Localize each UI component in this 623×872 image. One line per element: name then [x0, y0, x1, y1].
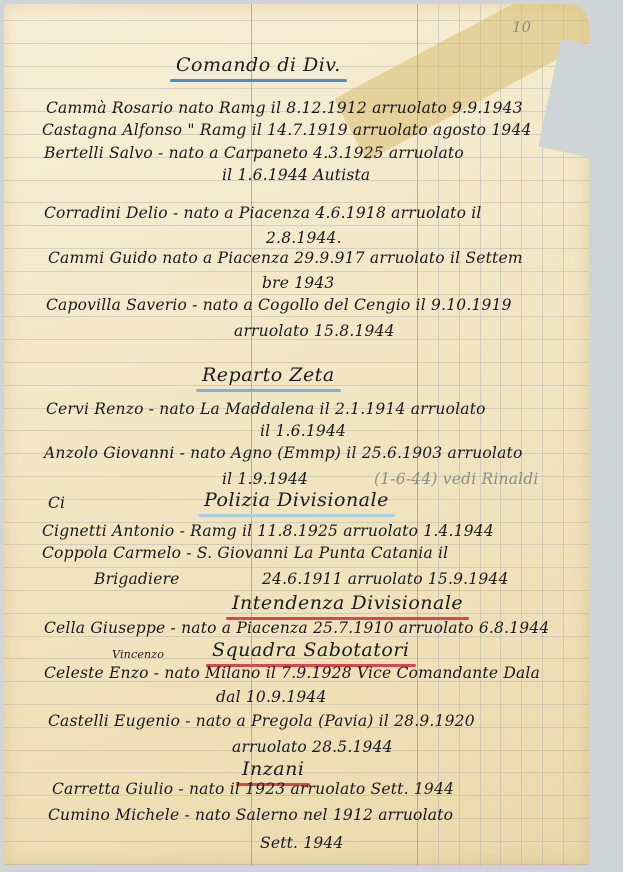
entry-line: il 1.6.1944	[260, 422, 346, 440]
ruled-line	[4, 864, 589, 865]
entry-line: Sett. 1944	[260, 834, 344, 852]
section-heading-inzani: Inzani	[242, 758, 304, 780]
entry-line: 2.8.1944.	[266, 229, 342, 247]
entry-line: bre 1943	[262, 274, 334, 292]
ruled-line	[4, 271, 589, 272]
ruled-line	[4, 294, 589, 295]
entry-line: Cammà Rosario nato Ramg il 8.12.1912 arr…	[46, 99, 523, 117]
entry-line: il 1.9.1944	[222, 470, 308, 488]
section-heading-comando: Comando di Div.	[176, 54, 341, 76]
heading-text: Reparto Zeta	[202, 364, 335, 386]
ruled-line	[4, 362, 589, 363]
entry-line: Castagna Alfonso " Ramg il 14.7.1919 arr…	[42, 121, 532, 139]
ruled-line	[4, 567, 589, 568]
section-heading-polizia: Polizia Divisionale	[204, 489, 389, 511]
entry-line: Cervi Renzo - nato La Maddalena il 2.1.1…	[46, 400, 486, 418]
heading-text: Intendenza Divisionale	[232, 592, 463, 614]
margin-note: Brigadiere	[94, 570, 180, 588]
entry-line: arruolato 15.8.1944	[234, 322, 395, 340]
entry-line: Corradini Delio - nato a Piacenza 4.6.19…	[44, 204, 482, 222]
entry-line: il 1.6.1944 Autista	[222, 166, 370, 184]
entry-line: Anzolo Giovanni - nato Agno (Emmp) il 25…	[44, 444, 522, 462]
entry-line: Cumino Michele - nato Salerno nel 1912 a…	[48, 806, 453, 824]
entry-line: Cignetti Antonio - Ramg il 11.8.1925 arr…	[42, 522, 494, 540]
ledger-page: 10 Comando di Div. Cammà Rosario nato Ra…	[4, 4, 589, 866]
section-heading-intendenza: Intendenza Divisionale	[232, 592, 463, 614]
ruled-line	[4, 316, 589, 317]
entry-line: Cammi Guido nato a Piacenza 29.9.917 arr…	[48, 249, 523, 267]
ruled-line	[4, 225, 589, 226]
entry-line: Capovilla Saverio - nato a Cogollo del C…	[46, 296, 512, 314]
ruled-line	[4, 590, 589, 591]
heading-text: Inzani	[242, 758, 304, 780]
section-prefix: Ci	[48, 494, 65, 512]
page-number: 10	[512, 18, 531, 36]
heading-text: Comando di Div.	[176, 54, 341, 76]
heading-underline	[196, 389, 341, 392]
entry-line: Carretta Giulio - nato il 1923 arruolato…	[52, 780, 454, 798]
heading-text: Squadra Sabotatori	[212, 639, 410, 661]
entry-line: Cella Giuseppe - nato a Piacenza 25.7.19…	[44, 619, 549, 637]
heading-underline	[198, 514, 395, 517]
entry-line: 24.6.1911 arruolato 15.9.1944	[262, 570, 509, 588]
grid-line	[563, 4, 564, 866]
heading-underline	[170, 79, 347, 82]
superscript-note: Vincenzo	[112, 648, 164, 661]
entry-line: dal 10.9.1944	[216, 688, 327, 706]
entry-line: Celeste Enzo - nato Milano il 7.9.1928 V…	[44, 664, 540, 682]
grid-line	[542, 4, 543, 866]
section-heading-reparto: Reparto Zeta	[202, 364, 335, 386]
section-heading-squadra: Squadra Sabotatori	[212, 639, 410, 661]
pencil-annotation: (1-6-44) vedi Rinaldi	[374, 470, 539, 488]
entry-line: arruolato 28.5.1944	[232, 738, 393, 756]
heading-text: Polizia Divisionale	[204, 489, 389, 511]
entry-line: Coppola Carmelo - S. Giovanni La Punta C…	[42, 544, 448, 562]
entry-line: Castelli Eugenio - nato a Pregola (Pavia…	[48, 712, 475, 730]
entry-line: Bertelli Salvo - nato a Carpaneto 4.3.19…	[44, 144, 464, 162]
